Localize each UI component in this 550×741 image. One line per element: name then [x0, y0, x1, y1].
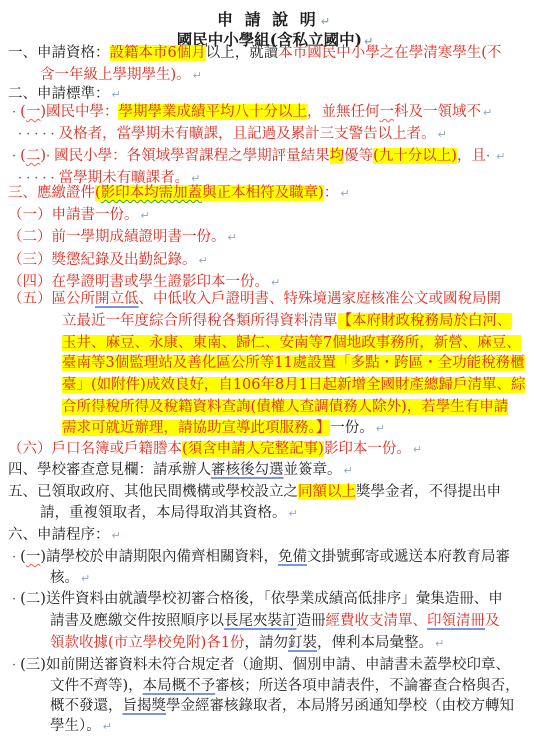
- text-run: 三、應繳證件: [8, 185, 95, 201]
- text-run: 本市國民中小學之在學清寒學生(不: [278, 45, 501, 61]
- text-run: 立最近一年度綜合所得稅各類所得資料清單: [62, 313, 338, 329]
- text-run: 文掛號郵寄或遞送本府教育局審: [307, 549, 510, 565]
- text-run: 優等: [344, 148, 373, 164]
- space-marks: ·: [12, 592, 20, 607]
- line-break-mark-icon: ↵: [340, 187, 349, 200]
- highlighted-text: (九十分以上): [373, 148, 457, 164]
- line-break-mark-icon: ↵: [376, 422, 385, 435]
- text-run: 核。: [50, 570, 79, 586]
- doc-title: 申 請 說 明↵: [0, 7, 550, 30]
- line-break-mark-icon: ↵: [228, 231, 237, 244]
- doc-line: 請，重複領取者，本局得取消其資格。↵: [40, 504, 298, 525]
- line-break-mark-icon: ↵: [344, 464, 353, 477]
- highlighted-text: 與正本相符及職章): [202, 185, 324, 201]
- doc-line: ·(一)國民中學：學期學業成績平均八十分以上，並無任何一科及一領域不↵: [12, 103, 492, 124]
- text-run: 二、申請標準：: [8, 86, 110, 102]
- doc-line: ·(一)請學校於申請期限內備齊相關資料，免備文掛號郵寄或遞送本府教育局審: [12, 548, 510, 569]
- doc-line: 文件不齊等)，本局概不予審核；所送各項申請表件，不論審查合格與否，: [50, 677, 520, 698]
- doc-line: 六、申請程序：↵: [8, 526, 121, 547]
- text-run: 及格者，當學期未有曠課，且記過及累計三支警告以上者。: [59, 126, 436, 142]
- text-run: ，並無任何: [307, 104, 380, 120]
- doc-line: （五）區公所開立低、中低收入戶證明書、特殊境遇家庭核准公文或國稅局開: [8, 290, 501, 311]
- doc-line: ·····及格者，當學期未有曠課，且記過及累計三支警告以上者。↵: [18, 125, 447, 146]
- underlined-text: 免備: [278, 549, 307, 565]
- text-run: ，且: [457, 148, 486, 164]
- text-run: 一、申請資格：: [8, 45, 110, 61]
- text-run: 以上，就讀: [206, 45, 279, 61]
- text-run: 、中低收入戶證明書、特殊境遇家庭核准公文或國稅局開: [139, 291, 502, 307]
- underlined-text: 一: [379, 104, 394, 120]
- highlighted-text: 臺」(如附件)成效良好，自106年8月1日起新增全國財產總歸戶清單、綜: [62, 377, 525, 393]
- underlined-text: 長尾夾裝訂: [224, 613, 297, 629]
- text-run: （三）獎懲紀錄及出勤紀錄。: [8, 252, 197, 268]
- highlighted-text: 臺南等3個監理站及善化區公所等11處設置「多點・跨區・全功能稅務櫃: [62, 355, 525, 371]
- text-run: （四）在學證明書或學生證影印本一份。: [8, 274, 269, 290]
- doc-line: 學生）。↵: [50, 717, 112, 738]
- underlined-text: 一: [26, 104, 41, 120]
- doc-line: 四、學校審查意見欄：請承辦人審核後勾選並簽章。↵: [8, 461, 353, 482]
- doc-line: （二）前一學期成績證明書一份。↵: [8, 228, 237, 249]
- doc-line: （六）戶口名簿或戶籍謄本(須含申請人完整記事)影印本一份。↵: [8, 440, 422, 461]
- doc-line: 需求可就近辦理，請協助宣導此項服務。】一份。↵: [62, 419, 385, 440]
- space-marks: ·: [12, 149, 20, 164]
- doc-line: 一、申請資格：設籍本市6個月以上，就讀本市國民中小學之在學清寒學生(不: [8, 44, 501, 65]
- doc-title-text: 申 請 說 明: [217, 10, 319, 29]
- text-run: 學金經審核錄取者，本局將另函通知學校（由校方轉知: [166, 698, 514, 714]
- doc-line: （一）申請書一份。↵: [8, 206, 150, 227]
- text-run: （六）戶口名簿或戶籍謄本: [8, 441, 182, 457]
- text-run: 請書及應繳交件按照順序以: [50, 613, 224, 629]
- line-break-mark-icon: ↵: [112, 88, 121, 101]
- highlighted-text: 均: [330, 148, 345, 164]
- text-run: 影印本一份。: [324, 441, 411, 457]
- highlighted-text: (須含申請人完整記事): [182, 441, 324, 457]
- text-run: (二)送件資料由就讀學校初審合格後，「依學業成績高低排序」彙集造冊、申: [20, 591, 503, 607]
- doc-line: 合所得稅所得及稅籍資料查詢(債權人查調債務人除外)，若學生有申請: [62, 398, 508, 419]
- text-run: 國民小學：各領域學習課程之學期評量結果: [54, 148, 330, 164]
- text-run: 學生）。: [50, 718, 101, 734]
- text-run: (三)如前開送審資料未符合規定者（逾期、個別申請、申請書未蓋學校印章、: [20, 657, 510, 673]
- underlined-text: 本局概不予: [143, 678, 216, 694]
- text-run: 概不發還，: [50, 698, 123, 714]
- highlighted-text: 需求可就近辦理，請協助宣導此項服務。】: [62, 420, 330, 436]
- text-run: 獎學金者，不得提出申: [356, 484, 501, 500]
- doc-line: 請書及應繳交件按照順序以長尾夾裝訂造冊經費收支清單、印領清冊及: [50, 612, 500, 633]
- space-marks: ·: [12, 550, 20, 565]
- space-marks: ·····: [18, 127, 59, 142]
- text-run: ，俾利本局彙整。: [317, 635, 433, 651]
- line-break-mark-icon: ↵: [199, 254, 208, 267]
- doc-line: 五、已領取政府、其他民間機構或學校設立之同額以上獎學金者，不得提出申: [8, 483, 501, 504]
- text-run: 文件不齊等)，: [50, 678, 143, 694]
- doc-line: ·(二)送件資料由就讀學校初審合格後，「依學業成績高低排序」彙集造冊、申: [12, 590, 503, 611]
- line-break-mark-icon: ↵: [321, 15, 333, 28]
- space-marks: ·: [12, 658, 20, 673]
- doc-line: 臺」(如附件)成效良好，自106年8月1日起新增全國財產總歸戶清單、綜: [62, 376, 525, 397]
- text-run: （一）申請書一份。: [8, 207, 139, 223]
- doc-line: 三、應繳證件(影印本均需加蓋與正本相符及職章)：↵: [8, 184, 350, 205]
- highlighted-text: 學期學業成績平均八十分以上: [118, 104, 307, 120]
- underlined-text: 開立低: [95, 291, 139, 307]
- doc-line: ·(三)如前開送審資料未符合規定者（逾期、個別申請、申請書未蓋學校印章、: [12, 656, 510, 677]
- space-marks: ·: [46, 149, 54, 164]
- text-run: ，請勿: [245, 635, 289, 651]
- text-run: 領款收據(市立學校免附)各1份: [50, 635, 245, 651]
- text-run: 一份。: [330, 420, 374, 436]
- text-run: 含一年級上學期學生)。: [40, 67, 191, 83]
- highlighted-text: 設籍本市6個月: [110, 45, 206, 61]
- text-run: ：: [324, 185, 339, 201]
- text-run: 五、已領取政府、其他民間機構或學校設立之: [8, 484, 298, 500]
- underlined-text: 二: [26, 148, 41, 164]
- text-run: （二）前一學期成績證明書一份。: [8, 229, 226, 245]
- doc-line: 臺南等3個監理站及善化區公所等11處設置「多點・跨區・全功能稅務櫃: [62, 354, 525, 375]
- doc-line: 概不發還，旨揭獎學金經審核錄取者，本局將另函通知學校（由校方轉知: [50, 697, 514, 718]
- line-break-mark-icon: ↵: [81, 572, 90, 585]
- line-break-mark-icon: ↵: [141, 209, 150, 222]
- underlined-text: 旨揭獎: [123, 698, 167, 714]
- text-run: 及: [485, 613, 500, 629]
- doc-line: 立最近一年度綜合所得稅各類所得資料清單【本府財政稅務局於白河、: [62, 312, 512, 333]
- highlighted-text: 同額以上: [298, 484, 356, 500]
- line-break-mark-icon: ↵: [496, 150, 505, 163]
- underlined-text: 印領清冊: [427, 613, 485, 629]
- text-run: 並簽章。: [284, 462, 342, 478]
- line-break-mark-icon: ↵: [438, 128, 447, 141]
- highlighted-text: 【本府財政稅務局於白河、: [338, 313, 512, 329]
- space-marks: ·: [486, 149, 494, 164]
- line-break-mark-icon: ↵: [112, 529, 121, 542]
- text-run: 六、申請程序：: [8, 527, 110, 543]
- text-run: 造冊: [297, 613, 326, 629]
- line-break-mark-icon: ↵: [103, 720, 112, 733]
- text-run: 請，重複領取者，本局得取消其資格。: [40, 505, 287, 521]
- highlighted-text: 玉井、麻豆、永康、東南、歸仁、安南等7個地政事務所，新營、麻豆、: [62, 335, 521, 351]
- doc-line: 含一年級上學期學生)。↵: [40, 66, 202, 87]
- underlined-text: 審核後勾選: [211, 462, 284, 478]
- doc-line: ·(二)·國民小學：各領域學習課程之學期評量結果均優等(九十分以上)，且·↵: [12, 147, 505, 168]
- underlined-text: 一: [26, 549, 41, 565]
- underlined-text: 釘裝: [288, 635, 317, 651]
- line-break-mark-icon: ↵: [193, 69, 202, 82]
- highlighted-text: (: [95, 185, 101, 201]
- text-run: 經費收支清單、: [326, 613, 428, 629]
- line-break-mark-icon: ↵: [271, 276, 280, 289]
- doc-line: 玉井、麻豆、永康、東南、歸仁、安南等7個地政事務所，新營、麻豆、: [62, 334, 521, 355]
- line-break-mark-icon: ↵: [435, 637, 444, 650]
- document-page: 申 請 說 明↵ 國民中小學組(含私立國中)↵ 一、申請資格：設籍本市6個月以上…: [0, 0, 550, 741]
- text-run: 科及一領域不: [394, 104, 481, 120]
- line-break-mark-icon: ↵: [289, 507, 298, 520]
- space-marks: ·: [12, 105, 20, 120]
- highlighted-text: 影印本均需加蓋: [101, 185, 203, 201]
- line-break-mark-icon: ↵: [483, 106, 492, 119]
- text-run: 審核；所送各項申請表件，不論審查合格與否，: [215, 678, 520, 694]
- doc-line: （三）獎懲紀錄及出勤紀錄。↵: [8, 251, 208, 272]
- doc-line: 領款收據(市立學校免附)各1份，請勿釘裝，俾利本局彙整。↵: [50, 634, 444, 655]
- doc-line: 核。↵: [50, 569, 90, 590]
- text-run: 四、學校審查意見欄：請承辦人: [8, 462, 211, 478]
- text-run: （五）區公所: [8, 291, 95, 307]
- text-run: )國民中學：: [40, 104, 118, 120]
- highlighted-text: 合所得稅所得及稅籍資料查詢(債權人查調債務人除外)，若學生有申請: [62, 399, 508, 415]
- line-break-mark-icon: ↵: [413, 443, 422, 456]
- text-run: )請學校於申請期限內備齊相關資料，: [40, 549, 278, 565]
